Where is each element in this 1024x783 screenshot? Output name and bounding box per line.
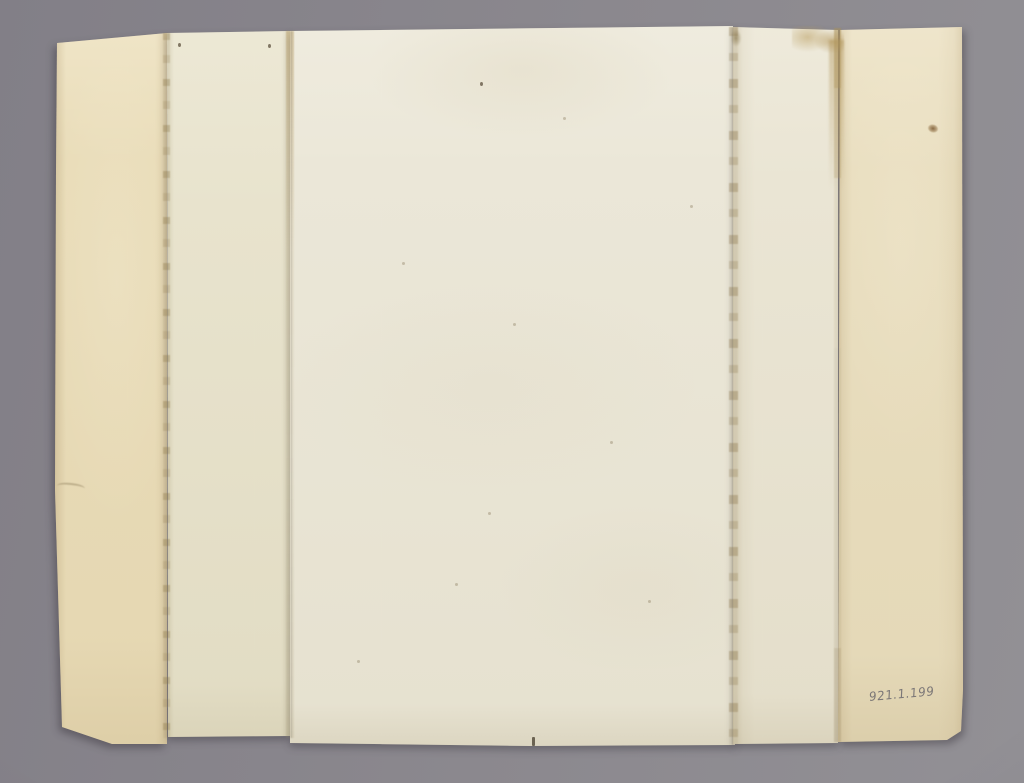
center-panel-sheet [290,26,735,747]
paper-fleck [563,117,566,120]
accession-number-inscription: 921.1.199 [869,681,955,704]
left-flap-shadow [0,0,1024,783]
center-panel-shadow [0,0,1024,783]
right-mount-strip [733,27,838,744]
paper-fleck [488,512,491,515]
paper-fleck [690,205,693,208]
seam-left [163,33,170,738]
paper-fleck [357,660,360,663]
paper-fleck [610,441,613,444]
seam-center-right [729,27,738,745]
photo-vignette [0,0,1024,783]
paper-fleck [648,600,651,603]
glue-stain-seam-top [729,27,743,49]
right-strip-shadow [0,0,1024,783]
right-flap-sheet: 921.1.199 [838,27,964,742]
bottom-edge-notch [532,737,535,746]
glue-streak [829,40,844,190]
glue-stain-top [792,26,844,54]
paper-crease [57,482,86,493]
left-mount-strip [167,31,290,738]
seam-center-left [286,31,294,738]
right-flap-shadow: 921.1.199 [0,0,1024,783]
left-flap-sheet [55,33,167,745]
photo-backdrop: 921.1.199 [0,0,1024,783]
foxing-stain [925,121,941,135]
seam-right [834,28,841,742]
paper-fleck [402,262,405,265]
paper-fleck [480,82,483,86]
paper-fleck [178,43,181,47]
paper-fleck [455,583,458,586]
paper-fleck [513,323,516,326]
paper-fleck [268,44,271,48]
left-strip-shadow [0,0,1024,783]
